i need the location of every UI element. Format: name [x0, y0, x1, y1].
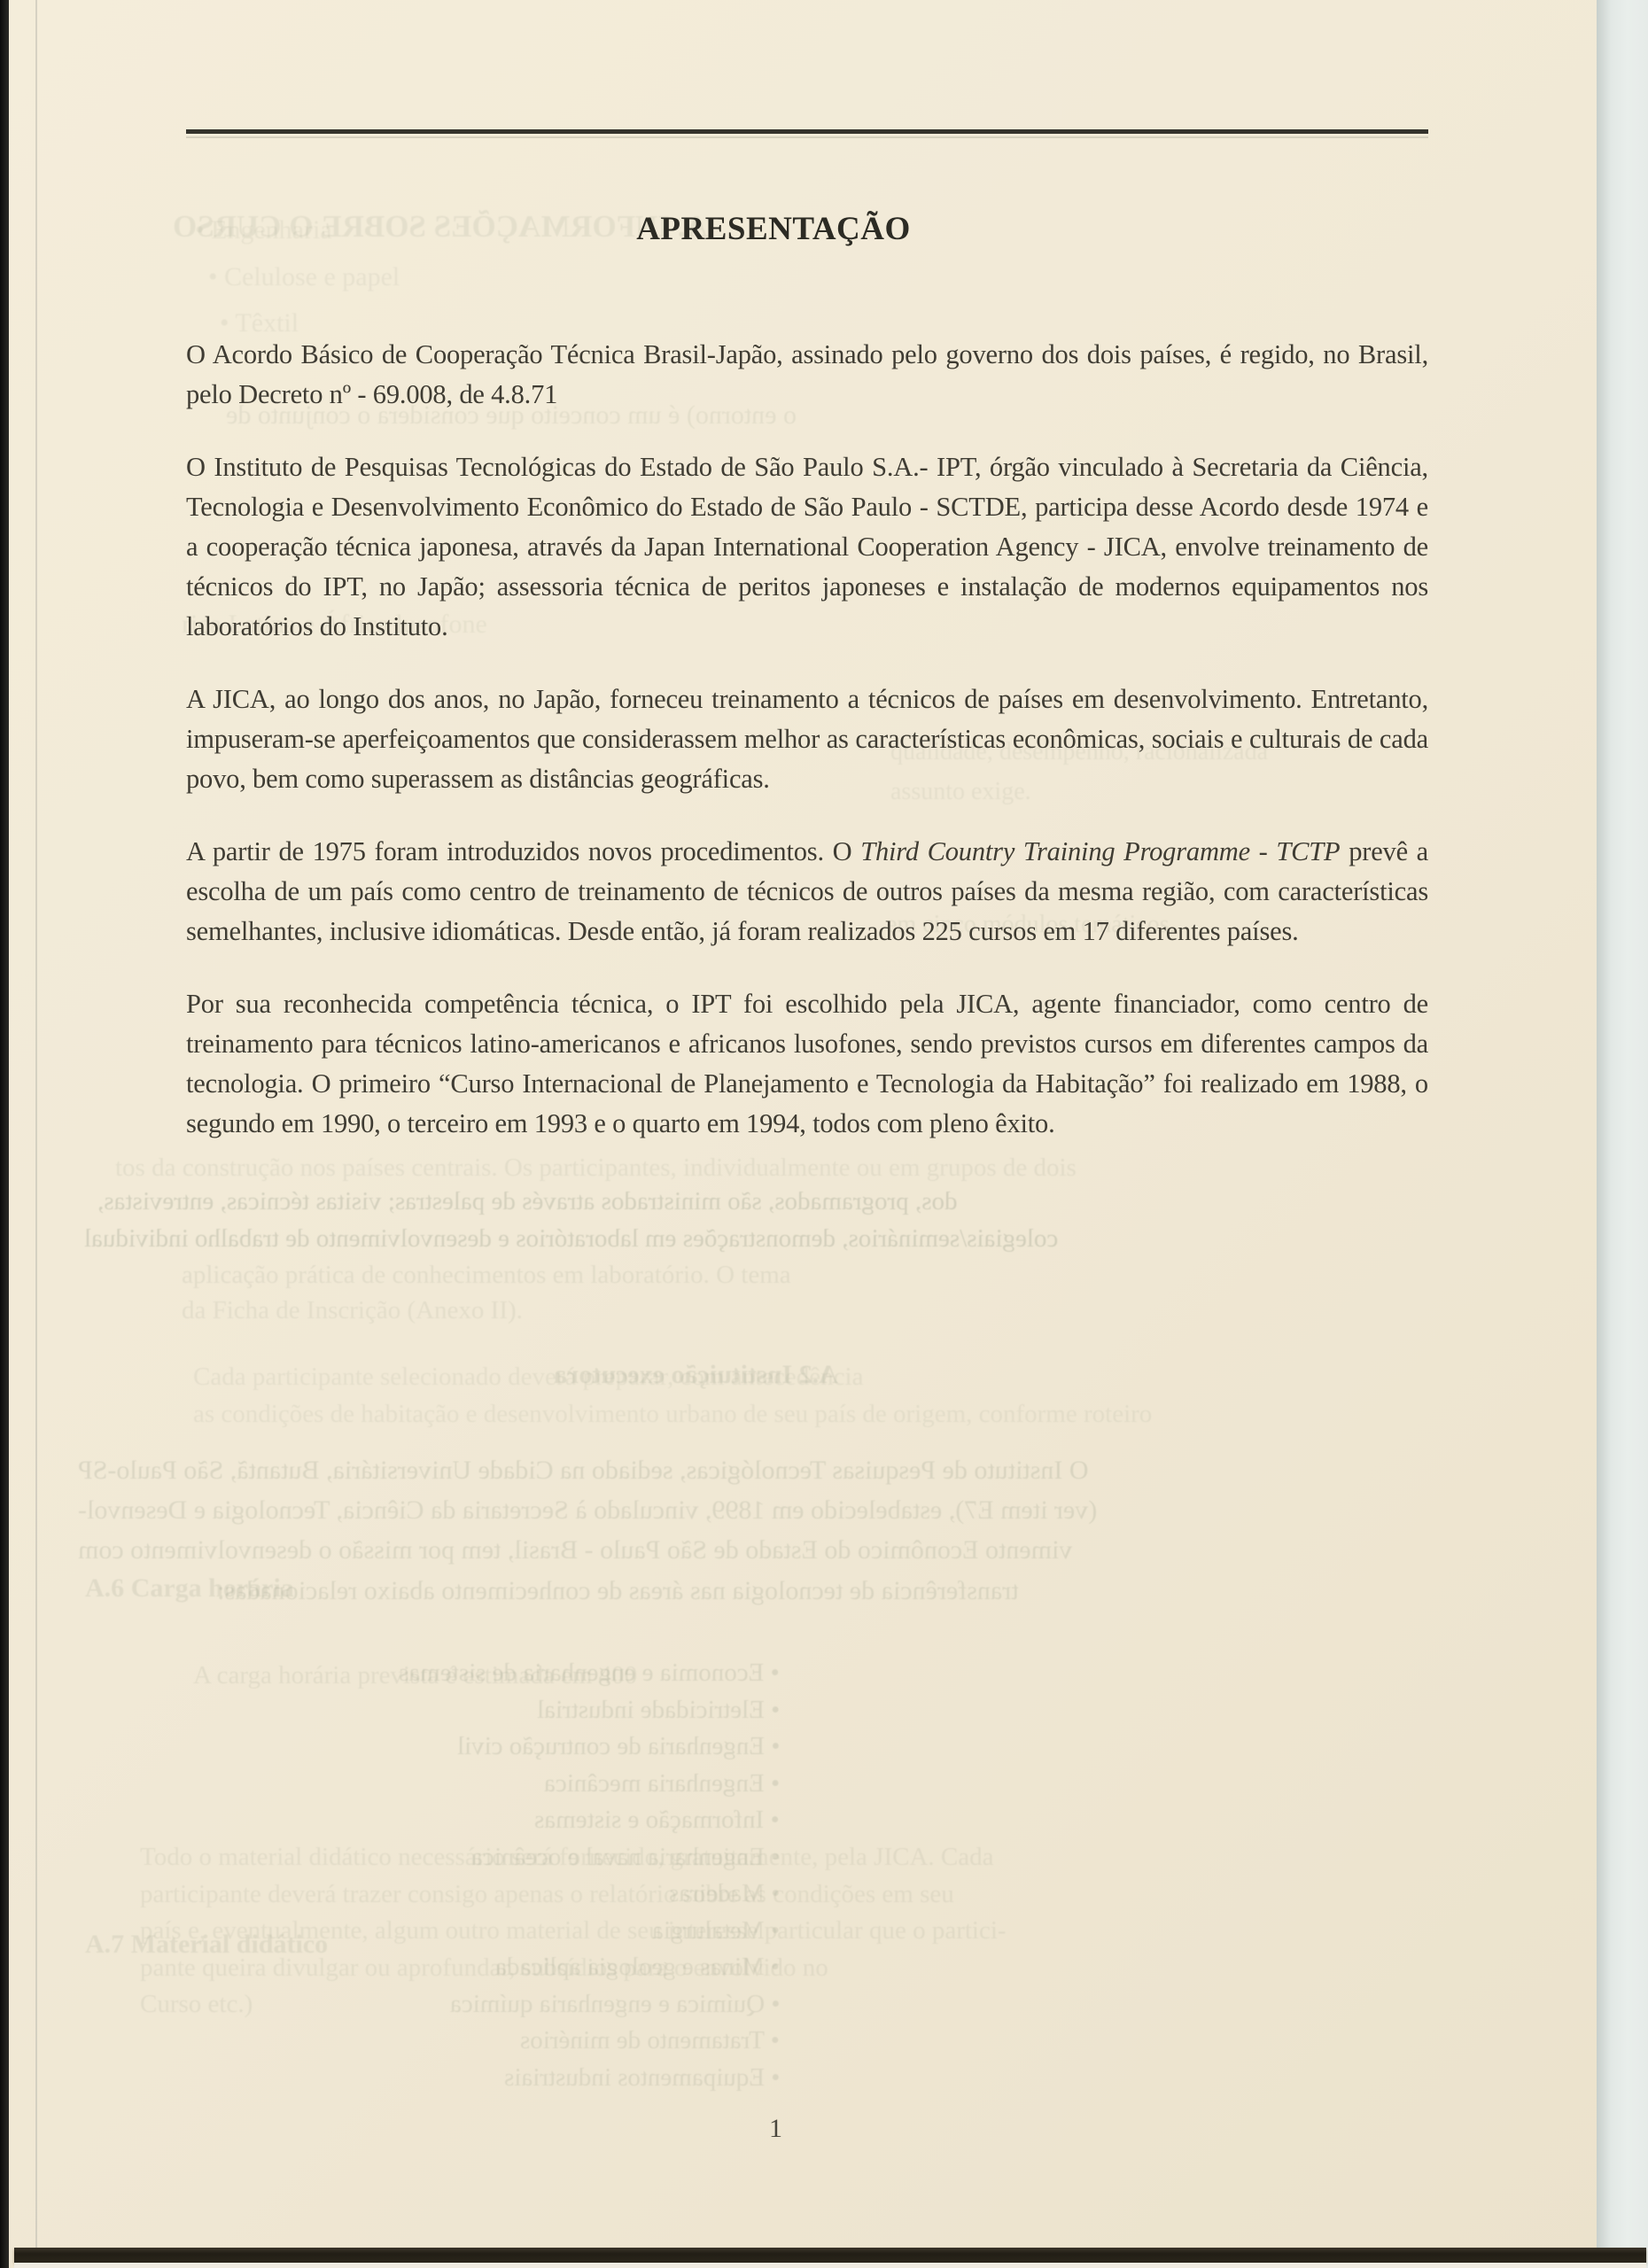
ghost-line: A.7 Material didático: [85, 1930, 328, 1960]
ghost-line: pante queira divulgar ou aprofundar, sub…: [140, 1953, 828, 1983]
ghost-line: Cada participante selecionado deverá pre…: [193, 1363, 863, 1392]
ghost-line: aplicação prática de conhecimentos em la…: [182, 1261, 791, 1290]
ghost-line: A.2 Instituição executora: [554, 1360, 838, 1390]
ghost-line: as condições de habitação e desenvolvime…: [193, 1400, 1152, 1429]
ghost-line: • Informação e sistemas: [534, 1806, 780, 1835]
ghost-line: O Instituto de Pesquisas Tecnológicas, s…: [78, 1456, 1089, 1486]
ghost-line: vimento Econômico do Estado de São Paulo…: [78, 1535, 1072, 1565]
ghost-line: A carga horária prevista é estimada em 4…: [193, 1661, 637, 1690]
page-body: APRESENTAÇÃO O Acordo Básico de Cooperaç…: [186, 0, 1428, 1177]
scanned-document-page: A. INFORMAÇÕES SOBRE O CURSO• Engenharia…: [0, 0, 1648, 2268]
paragraph-cursos-habitacao: Por sua reconhecida competência técnica,…: [186, 984, 1428, 1144]
paragraph-acordo-basico: O Acordo Básico de Cooperação Técnica Br…: [186, 335, 1428, 415]
page-number: 1: [769, 2114, 782, 2144]
paragraph-tctp: A partir de 1975 foram introduzidos novo…: [186, 832, 1428, 951]
ghost-line: participante deverá trazer consigo apena…: [140, 1880, 954, 1909]
ghost-line: • Metalurgia: [652, 1916, 780, 1946]
ghost-line: transferência de tecnologia nas áreas de…: [217, 1576, 1019, 1606]
ghost-line: Curso etc.): [140, 1990, 253, 2019]
scan-backdrop-bottom: [14, 2263, 1646, 2268]
paragraph-ipt-sctde: O Instituto de Pesquisas Tecnológicas do…: [186, 447, 1428, 647]
paragraph-jica-treinamento: A JICA, ao longo dos anos, no Japão, for…: [186, 680, 1428, 799]
ghost-line: • Tratamento de minérios: [520, 2026, 780, 2055]
page-title: APRESENTAÇÃO: [152, 210, 1395, 248]
ghost-line: dos, programados, são ministrados atravé…: [97, 1187, 957, 1216]
ghost-line: A.6 Carga horária: [85, 1573, 294, 1604]
page-edge-right: [1597, 0, 1648, 2268]
ghost-line: (ver item E7), estabelecido em 1899, vin…: [78, 1495, 1097, 1526]
ghost-line: • Engenharia naval e oceânica: [471, 1843, 780, 1872]
scan-edge-left-dark: [0, 0, 9, 2268]
ghost-line: • Madeiras: [669, 1879, 780, 1908]
paragraph-tctp-before: A partir de 1975 foram introduzidos novo…: [186, 836, 860, 866]
page-edge-left: [9, 0, 38, 2268]
ghost-line: • Equipamentos industriais: [504, 2063, 780, 2093]
ghost-line: Todo o material didático necessário será…: [140, 1843, 993, 1872]
ghost-line: colegiais/seminários, demonstrações em l…: [84, 1224, 1058, 1254]
ghost-line: • Engenharia mecânica: [544, 1769, 780, 1798]
ghost-line: • Química e engenharia química: [450, 1990, 781, 2019]
page-edge-bottom-shadow: [14, 2248, 1646, 2263]
ghost-line: • Eletricidade industrial: [537, 1696, 780, 1725]
ghost-line: • Engenharia de contrução civil: [457, 1732, 780, 1761]
page-crease-left: [35, 0, 37, 2268]
ghost-line: país e, eventualmente, algum outro mater…: [140, 1916, 1007, 1946]
ghost-line: • Economia e engenharia de sistemas: [399, 1658, 780, 1688]
paragraph-tctp-italic: Third Country Training Programme - TCTP: [860, 836, 1340, 866]
ghost-line: • Minas e geologia aplicada: [495, 1953, 780, 1982]
ghost-line: da Ficha de Inscrição (Anexo II).: [182, 1296, 523, 1325]
